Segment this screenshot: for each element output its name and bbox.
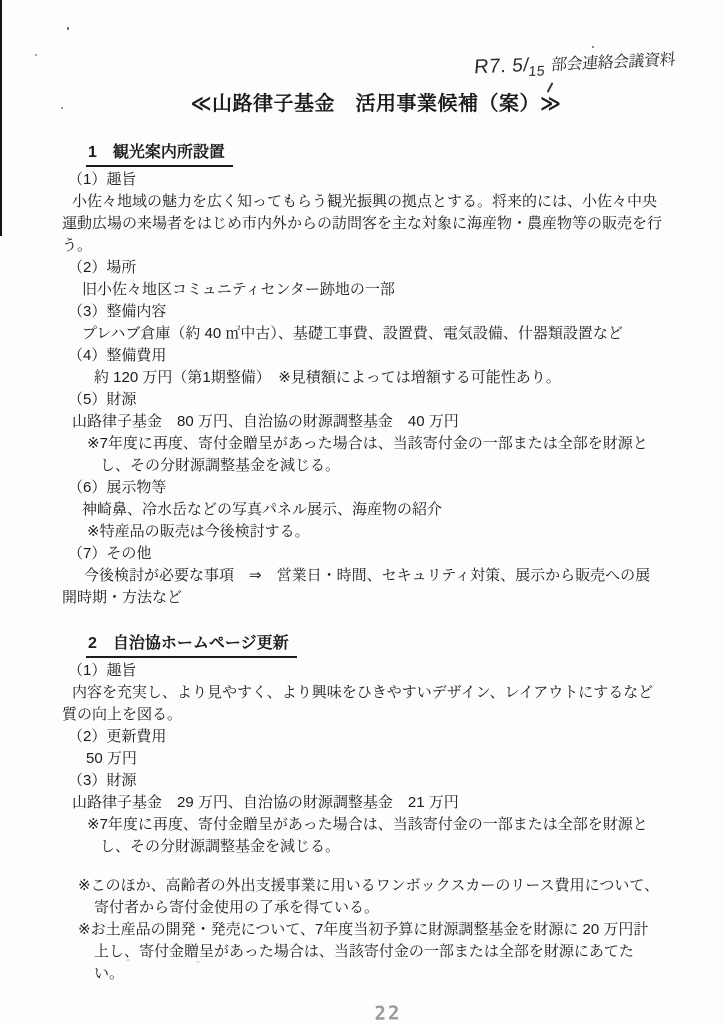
item-label: （6）展示物等 bbox=[62, 477, 662, 499]
section-2-heading-text: 2 自治協ホームページ更新 bbox=[86, 632, 297, 658]
handwritten-meeting-label: 部会連絡会議資料 bbox=[550, 52, 675, 74]
item-body: 約 120 万円（第1期整備） ※見積額によっては増額する可能性あり。 bbox=[62, 367, 662, 389]
item-label: （3）整備内容 bbox=[62, 301, 662, 323]
footnotes: ※このほか、高齢者の外出支援事業に用いるワンボックスカーのリース費用について、寄… bbox=[62, 875, 662, 985]
handwritten-era-date: R7. bbox=[473, 55, 507, 79]
scan-speck bbox=[35, 54, 37, 56]
scan-edge-artifact bbox=[0, 0, 2, 236]
item-body: 山路律子基金 80 万円、自治協の財源調整基金 40 万円 bbox=[62, 411, 662, 433]
handwritten-date-fraction: 5/15 bbox=[511, 54, 546, 77]
footnote: ※このほか、高齢者の外出支援事業に用いるワンボックスカーのリース費用について、寄… bbox=[62, 875, 662, 919]
item-label: （2）場所 bbox=[62, 257, 662, 279]
item-label: （3）財源 bbox=[62, 770, 662, 792]
handwritten-date-day: 15 bbox=[528, 62, 546, 79]
item-note: ※7年度に再度、寄付金贈呈があった場合は、当該寄付金の一部または全部を財源とし、… bbox=[62, 433, 662, 477]
item-label: （5）財源 bbox=[62, 389, 662, 411]
scan-speck bbox=[67, 27, 69, 30]
footnote: ※お土産品の開発・発売について、7年度当初予算に財源調整基金を財源に 20 万円… bbox=[62, 919, 662, 985]
item-body: 50 万円 bbox=[62, 748, 662, 770]
item-label: （7）その他 bbox=[62, 543, 662, 565]
item-label: （1）趣旨 bbox=[62, 660, 662, 682]
scanned-document-page: R7. 5/15 部会連絡会議資料 ≪山路律子基金 活用事業候補（案）≫ 1 観… bbox=[0, 0, 724, 1024]
item-label: （2）更新費用 bbox=[62, 726, 662, 748]
item-body: 内容を充実し、より見やすく、より興味をひきやすいデザイン、レイアウトにするなど質… bbox=[62, 682, 662, 726]
item-body: 旧小佐々地区コミュニティセンター跡地の一部 bbox=[62, 279, 662, 301]
item-body: 今後検討が必要な事項 ⇒ 営業日・時間、セキュリティ対策、展示から販売への展開時… bbox=[62, 565, 662, 609]
section-1-heading-text: 1 観光案内所設置 bbox=[86, 141, 233, 167]
page-number: 22 bbox=[62, 998, 662, 1024]
item-body: プレハブ倉庫（約 40 ㎡中古）、基礎工事費、設置費、電気設備、什器類設置など bbox=[62, 323, 662, 345]
item-body: 山路律子基金 29 万円、自治協の財源調整基金 21 万円 bbox=[62, 792, 662, 814]
item-label: （1）趣旨 bbox=[62, 169, 662, 191]
section-1-heading: 1 観光案内所設置 bbox=[86, 141, 662, 167]
scan-speck bbox=[592, 46, 594, 48]
section-2-heading: 2 自治協ホームページ更新 bbox=[86, 632, 662, 658]
item-note: ※7年度に再度、寄付金贈呈があった場合は、当該寄付金の一部または全部を財源とし、… bbox=[62, 814, 662, 858]
item-note: ※特産品の販売は今後検討する。 bbox=[62, 521, 662, 543]
section-homepage-update: 2 自治協ホームページ更新 （1）趣旨 内容を充実し、より見やすく、より興味をひ… bbox=[62, 632, 662, 858]
item-label: （4）整備費用 bbox=[62, 345, 662, 367]
item-body: 小佐々地域の魅力を広く知ってもらう観光振興の拠点とする。将来的には、小佐々中央運… bbox=[62, 191, 662, 257]
handwritten-note: R7. 5/15 部会連絡会議資料 bbox=[473, 45, 723, 82]
document-title: ≪山路律子基金 活用事業候補（案）≫ bbox=[28, 90, 724, 118]
handwritten-date-month: 5 bbox=[511, 55, 524, 77]
section-tourist-info-office: 1 観光案内所設置 （1）趣旨 小佐々地域の魅力を広く知ってもらう観光振興の拠点… bbox=[62, 141, 662, 609]
document-body: 1 観光案内所設置 （1）趣旨 小佐々地域の魅力を広く知ってもらう観光振興の拠点… bbox=[62, 141, 662, 1024]
scan-speck bbox=[61, 107, 63, 109]
item-body: 神崎鼻、冷水岳などの写真パネル展示、海産物の紹介 bbox=[62, 499, 662, 521]
